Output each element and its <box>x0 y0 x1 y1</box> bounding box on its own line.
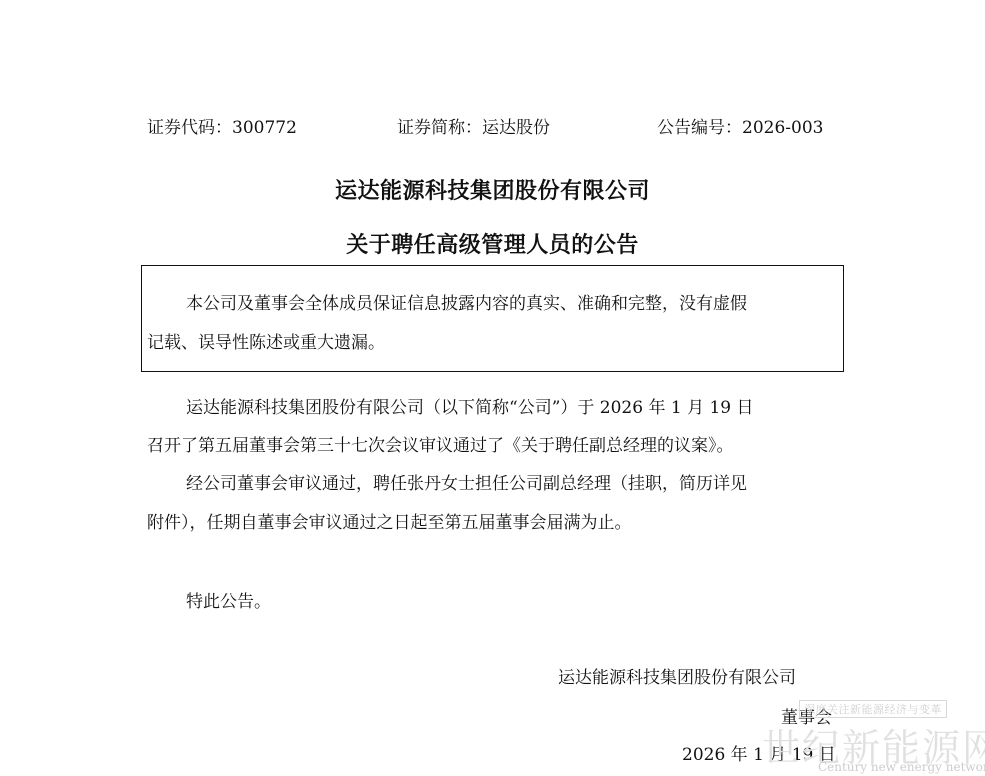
paragraph-1-line-2: 召开了第五届董事会第三十七次会议审议通过了《关于聘任副总经理的议案》。 <box>147 435 734 457</box>
disclaimer-box <box>141 265 844 372</box>
company-title: 运达能源科技集团股份有限公司 <box>0 174 985 205</box>
paragraph-2-line-1: 经公司董事会审议通过，聘任张丹女士担任公司副总经理（挂职，简历详见 <box>186 473 747 495</box>
paragraph-2-line-2: 附件），任期自董事会审议通过之日起至第五届董事会届满为止。 <box>147 512 632 534</box>
paragraph-1-line-1: 运达能源科技集团股份有限公司（以下简称“公司”）于 2026 年 1 月 19 … <box>186 397 754 419</box>
notice-number: 公告编号：2026-003 <box>657 117 823 139</box>
stock-short-name: 证券简称：运达股份 <box>397 117 550 139</box>
stock-code: 证券代码：300772 <box>147 117 297 139</box>
signature-company: 运达能源科技集团股份有限公司 <box>558 667 796 689</box>
watermark-english: Century new energy network <box>818 760 985 774</box>
closing-statement: 特此公告。 <box>186 591 271 613</box>
notice-title: 关于聘任高级管理人员的公告 <box>0 228 985 259</box>
disclaimer-line-1: 本公司及董事会全体成员保证信息披露内容的真实、准确和完整，没有虚假 <box>186 293 747 315</box>
watermark-tagline: 深度关注新能源经济与变革 <box>799 700 947 718</box>
disclaimer-line-2: 记载、误导性陈述或重大遗漏。 <box>147 332 385 354</box>
